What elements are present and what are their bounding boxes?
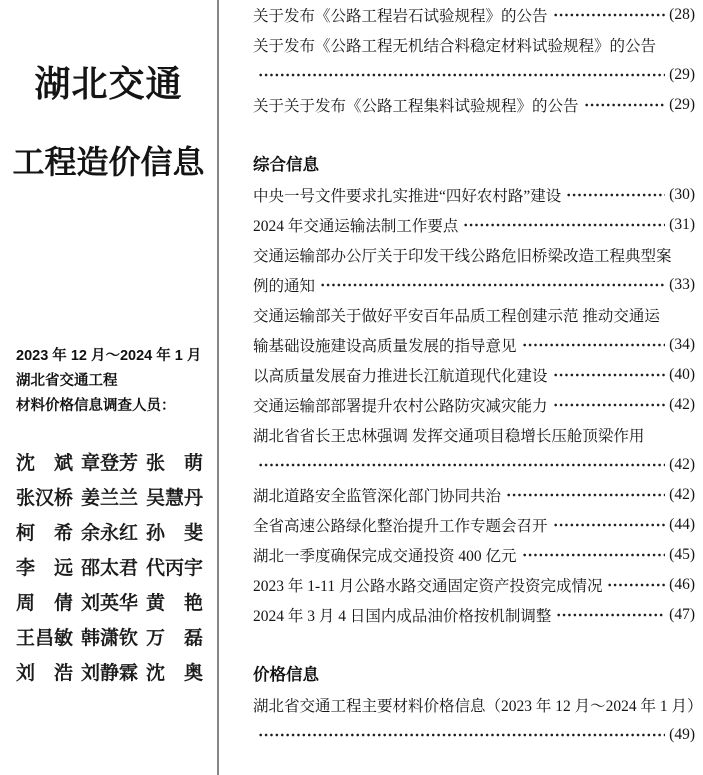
toc-entry-line: (42) xyxy=(253,450,695,480)
toc-section: 综合信息中央一号文件要求扎实推进“四好农村路”建设(30)2024 年交通运输法… xyxy=(253,150,695,630)
toc-entry-line: 全省高速公路绿化整治提升工作专题会召开(44) xyxy=(253,510,695,540)
dot-leader xyxy=(584,90,666,120)
toc-page-number: (29) xyxy=(669,66,695,84)
toc-entry-line: 湖北省交通工程主要材料价格信息（2023 年 12 月～2024 年 1 月） xyxy=(253,690,695,720)
toc-entry-text: 2024 年 3 月 4 日国内成品油价格按机制调整 xyxy=(253,604,551,626)
toc-entry-text: 2023 年 1-11 月公路水路交通固定资产投资完成情况 xyxy=(253,574,602,596)
toc-entry-line: 以高质量发展奋力推进长江航道现代化建设(40) xyxy=(253,360,695,390)
toc-page-number: (44) xyxy=(669,516,695,534)
toc-page-number: (42) xyxy=(669,456,695,474)
toc-page-number: (34) xyxy=(669,336,695,354)
surveyor-name: 周 倩 xyxy=(16,588,73,615)
publication-title-line2: 工程造价信息 xyxy=(0,142,217,182)
dot-leader xyxy=(258,60,665,90)
dot-leader xyxy=(506,480,665,510)
toc-entry-text: 以高质量发展奋力推进长江航道现代化建设 xyxy=(253,364,548,386)
dot-leader xyxy=(607,570,665,600)
toc-entry-line: 交通运输部办公厅关于印发干线公路危旧桥梁改造工程典型案 xyxy=(253,240,695,270)
toc-page-number: (28) xyxy=(669,6,695,24)
toc-page-number: (47) xyxy=(669,606,695,624)
sidebar: 湖北交通 工程造价信息 2023 年 12 月～2024 年 1 月湖北省交通工… xyxy=(0,0,219,775)
toc-entry-text: 关于发布《公路工程岩石试验规程》的公告 xyxy=(253,4,548,26)
toc-page-number: (31) xyxy=(669,216,695,234)
surveyor-name: 张汉桥 xyxy=(16,483,73,510)
toc-entry-text: 中央一号文件要求扎实推进“四好农村路”建设 xyxy=(253,184,561,206)
toc-section: 价格信息湖北省交通工程主要材料价格信息（2023 年 12 月～2024 年 1… xyxy=(253,660,695,750)
toc-entry-line: (49) xyxy=(253,720,695,750)
publication-title-line1: 湖北交通 xyxy=(0,62,217,106)
toc-entry-line: 湖北一季度确保完成交通投资 400 亿元(45) xyxy=(253,540,695,570)
toc-entry-line: 例的通知(33) xyxy=(253,270,695,300)
toc-entry-line: 湖北省省长王忠林强调 发挥交通项目稳增长压舱顶梁作用 xyxy=(253,420,695,450)
toc-entry-text: 2024 年交通运输法制工作要点 xyxy=(253,214,458,236)
toc-entry-line: 2024 年 3 月 4 日国内成品油价格按机制调整(47) xyxy=(253,600,695,630)
toc-entry-line: 湖北道路安全监管深化部门协同共治(42) xyxy=(253,480,695,510)
dot-leader xyxy=(258,720,665,750)
surveyor-name: 柯 希 xyxy=(16,518,73,545)
surveyor-info-line: 湖北省交通工程 xyxy=(16,369,217,394)
surveyor-name: 黄 艳 xyxy=(146,588,203,615)
dot-leader xyxy=(258,450,665,480)
toc-page-number: (45) xyxy=(669,546,695,564)
surveyor-name: 李 远 xyxy=(16,553,73,580)
toc-entry-line: 输基础设施建设高质量发展的指导意见(34) xyxy=(253,330,695,360)
surveyor-info-line: 材料价格信息调查人员： xyxy=(16,394,217,419)
toc-entry-text: 关于发布《公路工程无机结合料稳定材料试验规程》的公告 xyxy=(253,34,656,56)
surveyor-name: 代丙宇 xyxy=(146,553,203,580)
toc-entry-text: 交通运输部办公厅关于印发干线公路危旧桥梁改造工程典型案 xyxy=(253,244,672,266)
dot-leader xyxy=(553,360,666,390)
toc-section: 关于发布《公路工程岩石试验规程》的公告(28)关于发布《公路工程无机结合料稳定材… xyxy=(253,0,695,120)
dot-leader xyxy=(566,180,665,210)
surveyor-name-row: 李 远邵太君代丙宇 xyxy=(16,549,203,584)
toc-entry-text: 关于关于发布《公路工程集料试验规程》的公告 xyxy=(253,94,579,116)
surveyor-name: 吴慧丹 xyxy=(146,483,203,510)
toc-entry-line: 交通运输部部署提升农村公路防灾减灾能力(42) xyxy=(253,390,695,420)
toc-page-number: (40) xyxy=(669,366,695,384)
surveyor-name-row: 柯 希余永红孙 斐 xyxy=(16,514,203,549)
dot-leader xyxy=(553,390,666,420)
dot-leader xyxy=(553,510,666,540)
surveyor-name: 刘 浩 xyxy=(16,658,73,685)
toc-page-number: (33) xyxy=(669,276,695,294)
contents-page: 湖北交通 工程造价信息 2023 年 12 月～2024 年 1 月湖北省交通工… xyxy=(0,0,703,775)
toc-entry-text: 输基础设施建设高质量发展的指导意见 xyxy=(253,334,517,356)
toc-section-heading: 价格信息 xyxy=(253,660,695,690)
toc-page-number: (29) xyxy=(669,96,695,114)
surveyor-name-row: 王昌敏韩潇钦万 磊 xyxy=(16,619,203,654)
toc-entry-text: 湖北道路安全监管深化部门协同共治 xyxy=(253,484,501,506)
dot-leader xyxy=(463,210,665,240)
surveyor-name: 章登芳 xyxy=(81,448,138,475)
surveyor-name: 韩潇钦 xyxy=(81,623,138,650)
toc-entry-line: 关于关于发布《公路工程集料试验规程》的公告(29) xyxy=(253,90,695,120)
dot-leader xyxy=(553,0,666,30)
surveyor-name: 刘静霖 xyxy=(81,658,138,685)
table-of-contents: 关于发布《公路工程岩石试验规程》的公告(28)关于发布《公路工程无机结合料稳定材… xyxy=(219,0,703,775)
toc-page-number: (42) xyxy=(669,486,695,504)
surveyor-name-row: 刘 浩刘静霖沈 奥 xyxy=(16,654,203,689)
surveyor-name-row: 周 倩刘英华黄 艳 xyxy=(16,584,203,619)
surveyor-name: 万 磊 xyxy=(146,623,203,650)
toc-entry-text: 交通运输部部署提升农村公路防灾减灾能力 xyxy=(253,394,548,416)
surveyor-name-row: 张汉桥姜兰兰吴慧丹 xyxy=(16,479,203,514)
surveyor-name: 张 萌 xyxy=(146,448,203,475)
toc-section-heading: 综合信息 xyxy=(253,150,695,180)
toc-page-number: (30) xyxy=(669,186,695,204)
toc-page-number: (49) xyxy=(669,726,695,744)
surveyor-name: 王昌敏 xyxy=(16,623,73,650)
toc-entry-line: 中央一号文件要求扎实推进“四好农村路”建设(30) xyxy=(253,180,695,210)
toc-entry-line: 交通运输部关于做好平安百年品质工程创建示范 推动交通运 xyxy=(253,300,695,330)
toc-entry-line: (29) xyxy=(253,60,695,90)
toc-entry-line: 关于发布《公路工程岩石试验规程》的公告(28) xyxy=(253,0,695,30)
surveyor-name: 沈 斌 xyxy=(16,448,73,475)
publication-masthead: 湖北交通 工程造价信息 xyxy=(0,62,217,182)
dot-leader xyxy=(556,600,665,630)
surveyor-info-line: 2023 年 12 月～2024 年 1 月 xyxy=(16,344,217,369)
dot-leader xyxy=(320,270,665,300)
toc-entry-line: 关于发布《公路工程无机结合料稳定材料试验规程》的公告 xyxy=(253,30,695,60)
dot-leader xyxy=(522,330,666,360)
toc-entry-text: 交通运输部关于做好平安百年品质工程创建示范 推动交通运 xyxy=(253,304,660,326)
surveyor-name: 姜兰兰 xyxy=(81,483,138,510)
toc-entry-text: 湖北省省长王忠林强调 发挥交通项目稳增长压舱顶梁作用 xyxy=(253,424,644,446)
surveyor-name: 沈 奥 xyxy=(146,658,203,685)
dot-leader xyxy=(522,540,666,570)
toc-entry-text: 全省高速公路绿化整治提升工作专题会召开 xyxy=(253,514,548,536)
toc-entry-text: 湖北一季度确保完成交通投资 400 亿元 xyxy=(253,544,517,566)
surveyor-name: 邵太君 xyxy=(81,553,138,580)
toc-entry-text: 湖北省交通工程主要材料价格信息（2023 年 12 月～2024 年 1 月） xyxy=(253,694,703,716)
toc-entry-text: 例的通知 xyxy=(253,274,315,296)
surveyor-name: 孙 斐 xyxy=(146,518,203,545)
surveyor-name: 余永红 xyxy=(81,518,138,545)
toc-page-number: (42) xyxy=(669,396,695,414)
surveyor-info: 2023 年 12 月～2024 年 1 月湖北省交通工程材料价格信息调查人员： xyxy=(0,344,217,419)
surveyor-name: 刘英华 xyxy=(81,588,138,615)
toc-entry-line: 2023 年 1-11 月公路水路交通固定资产投资完成情况(46) xyxy=(253,570,695,600)
surveyor-name-row: 沈 斌章登芳张 萌 xyxy=(16,444,203,479)
surveyor-names: 沈 斌章登芳张 萌张汉桥姜兰兰吴慧丹柯 希余永红孙 斐李 远邵太君代丙宇周 倩刘… xyxy=(0,444,217,689)
toc-entry-line: 2024 年交通运输法制工作要点(31) xyxy=(253,210,695,240)
toc-page-number: (46) xyxy=(669,576,695,594)
